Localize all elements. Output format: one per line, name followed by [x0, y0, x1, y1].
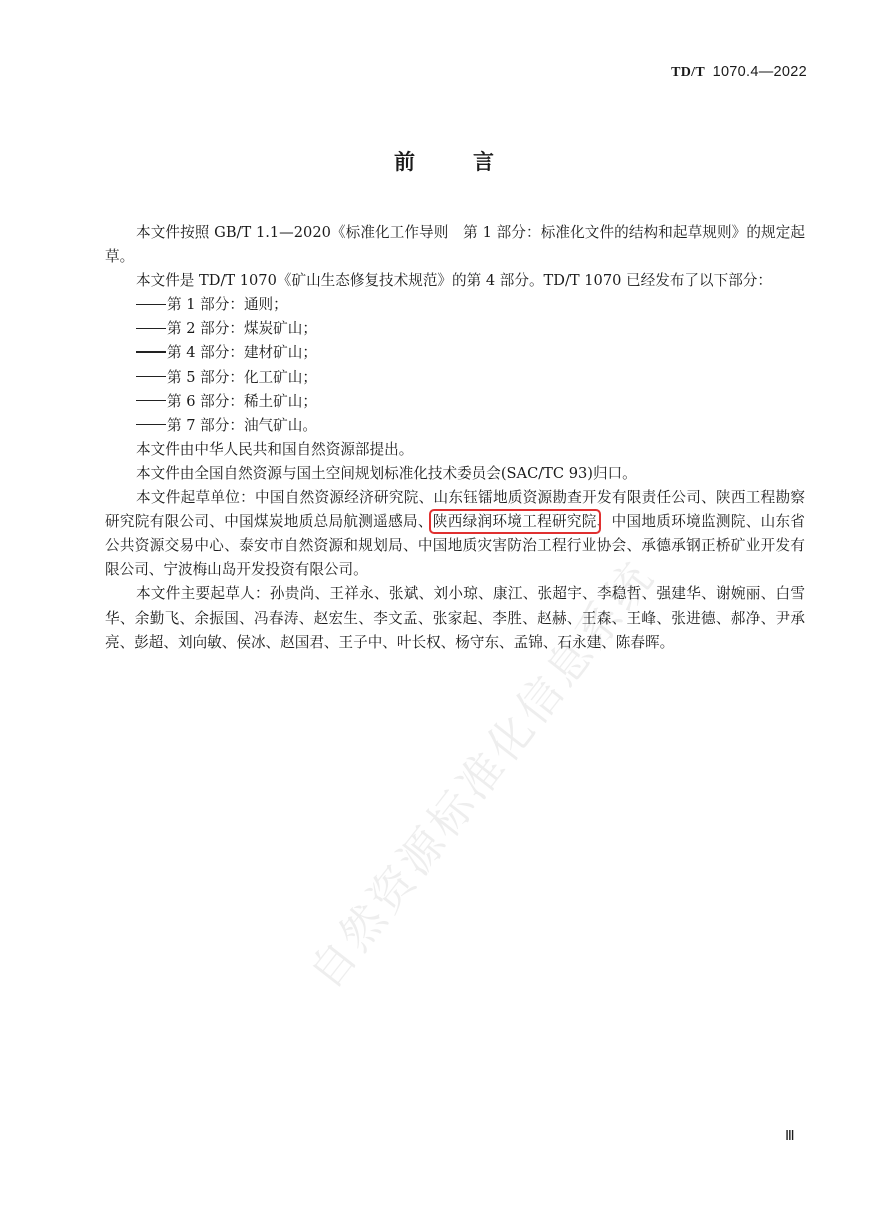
- title-char-2: 言: [473, 146, 494, 176]
- list-item: 第 4 部分：建材矿山；: [105, 341, 805, 365]
- dash-icon: [136, 400, 166, 401]
- doc-prefix: TD/T: [671, 65, 705, 80]
- dash-icon: [136, 351, 166, 353]
- paragraph-drafting-rule: 本文件按照 GB/T 1.1—2020《标准化工作导则 第 1 部分：标准化文件…: [105, 221, 805, 269]
- list-item: 第 5 部分：化工矿山；: [105, 366, 805, 390]
- parts-list: 第 1 部分：通则； 第 2 部分：煤炭矿山； 第 4 部分：建材矿山； 第 5…: [105, 293, 805, 438]
- document-page: 自然资源标准化信息系统 TD/T 1070.4—2022 前言 本文件按照 GB…: [0, 0, 888, 1223]
- page-title: 前言: [0, 146, 888, 176]
- dash-icon: [136, 328, 166, 329]
- page-number: Ⅲ: [785, 1128, 795, 1145]
- list-item: 第 2 部分：煤炭矿山；: [105, 317, 805, 341]
- paragraph-drafting-units: 本文件起草单位：中国自然资源经济研究院、山东钰镭地质资源勘查开发有限责任公司、陕…: [105, 486, 805, 582]
- list-item: 第 6 部分：稀土矿山；: [105, 390, 805, 414]
- dash-icon: [136, 376, 166, 377]
- paragraph-drafters: 本文件主要起草人：孙贵尚、王祥永、张斌、刘小琼、康江、张超宇、李稳哲、强建华、谢…: [105, 582, 805, 654]
- doc-number: 1070.4—2022: [713, 64, 807, 80]
- paragraph-part-of: 本文件是 TD/T 1070《矿山生态修复技术规范》的第 4 部分。TD/T 1…: [105, 269, 805, 293]
- list-item: 第 1 部分：通则；: [105, 293, 805, 317]
- paragraph-managed-by: 本文件由全国自然资源与国土空间规划标准化技术委员会(SAC/TC 93)归口。: [105, 462, 805, 486]
- dash-icon: [136, 304, 166, 305]
- dash-icon: [136, 424, 166, 425]
- document-code: TD/T 1070.4—2022: [671, 64, 807, 81]
- list-item: 第 7 部分：油气矿山。: [105, 414, 805, 438]
- paragraph-proposed-by: 本文件由中华人民共和国自然资源部提出。: [105, 438, 805, 462]
- foreword-body: 本文件按照 GB/T 1.1—2020《标准化工作导则 第 1 部分：标准化文件…: [105, 221, 805, 655]
- title-char-1: 前: [394, 146, 415, 176]
- highlighted-organization: 陕西绿润环境工程研究院: [433, 513, 597, 530]
